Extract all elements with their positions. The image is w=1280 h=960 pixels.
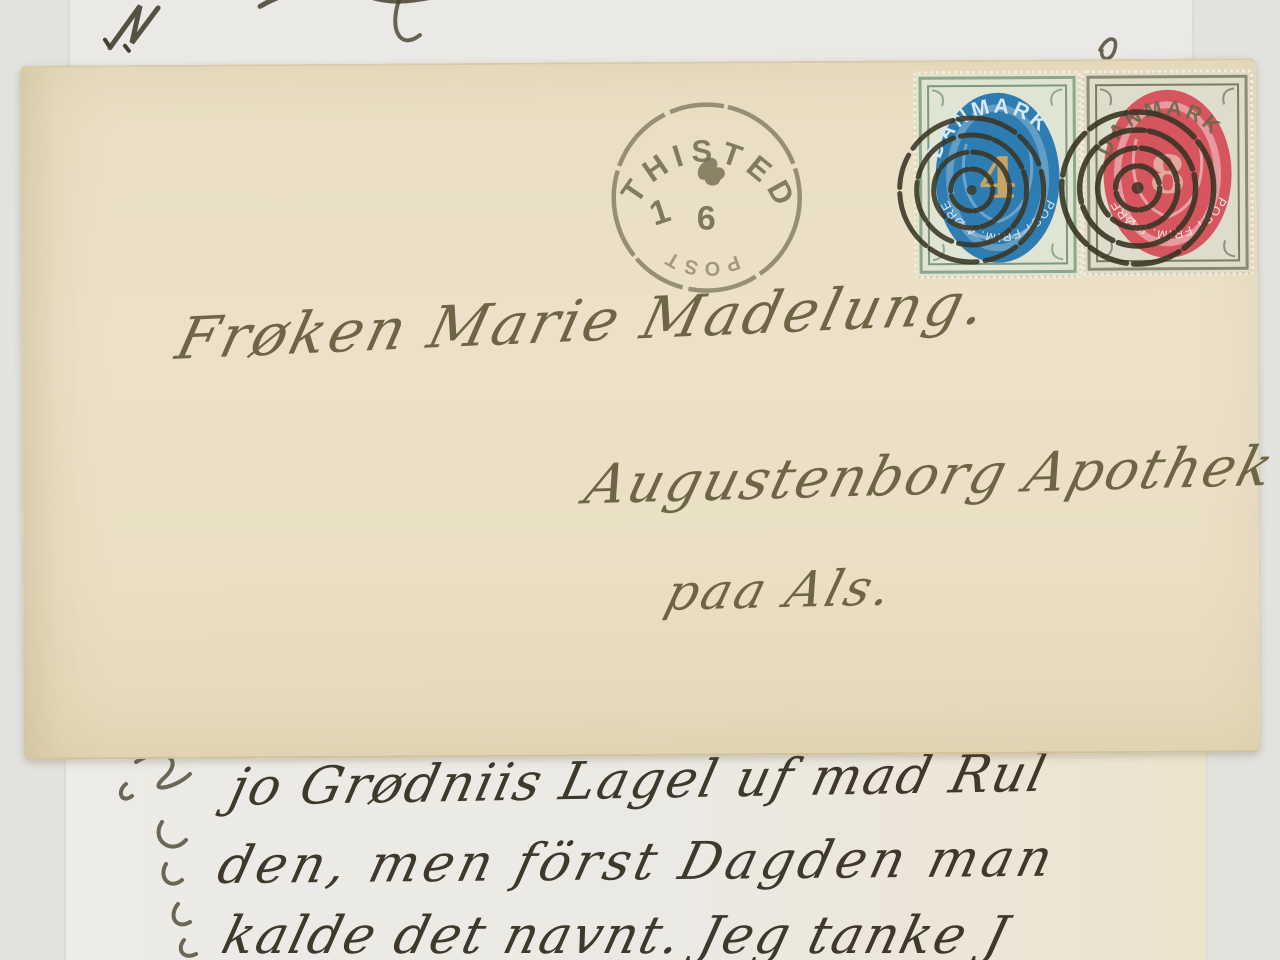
stamp-value: 8 bbox=[1149, 145, 1186, 206]
postmark-town-text: THISTED bbox=[614, 133, 805, 218]
scanned-cover-photo: jo Grødniis Lagel uf mad Rul den, men fö… bbox=[0, 0, 1280, 960]
address-line-place: Augustenborg Apothek bbox=[579, 434, 1280, 517]
postmark-date-marks: 6 1 bbox=[645, 158, 726, 238]
stamp-value: 4 bbox=[978, 146, 1017, 212]
stamp-danmark-8ore: DANMARK 8 POST FRIM. 8 ØRE bbox=[1084, 72, 1251, 273]
address-line-region: paa Als. bbox=[659, 558, 900, 621]
thisted-postmark: THISTED POST 6 1 bbox=[604, 95, 809, 300]
svg-text:1: 1 bbox=[645, 191, 675, 233]
postmark-bottom-text: POST bbox=[658, 244, 743, 279]
svg-text:THISTED: THISTED bbox=[614, 133, 805, 218]
svg-text:6: 6 bbox=[697, 200, 716, 238]
stamp-danmark-4ore: DANMARK 4 POST FRIM. 4 ØRE bbox=[916, 73, 1079, 276]
envelope: THISTED POST 6 1 bbox=[20, 58, 1260, 760]
letter-line: kalde det navnt. Jeg tanke J bbox=[216, 906, 1016, 960]
letter-sheet-bottom: jo Grødniis Lagel uf mad Rul den, men fö… bbox=[66, 744, 1206, 960]
letter-line: den, men först Dagden man bbox=[212, 829, 1062, 896]
svg-text:POST: POST bbox=[658, 244, 743, 279]
address-line-recipient: Frøken Marie Madelung. bbox=[170, 269, 996, 373]
handwriting-fragment-left bbox=[66, 744, 206, 960]
